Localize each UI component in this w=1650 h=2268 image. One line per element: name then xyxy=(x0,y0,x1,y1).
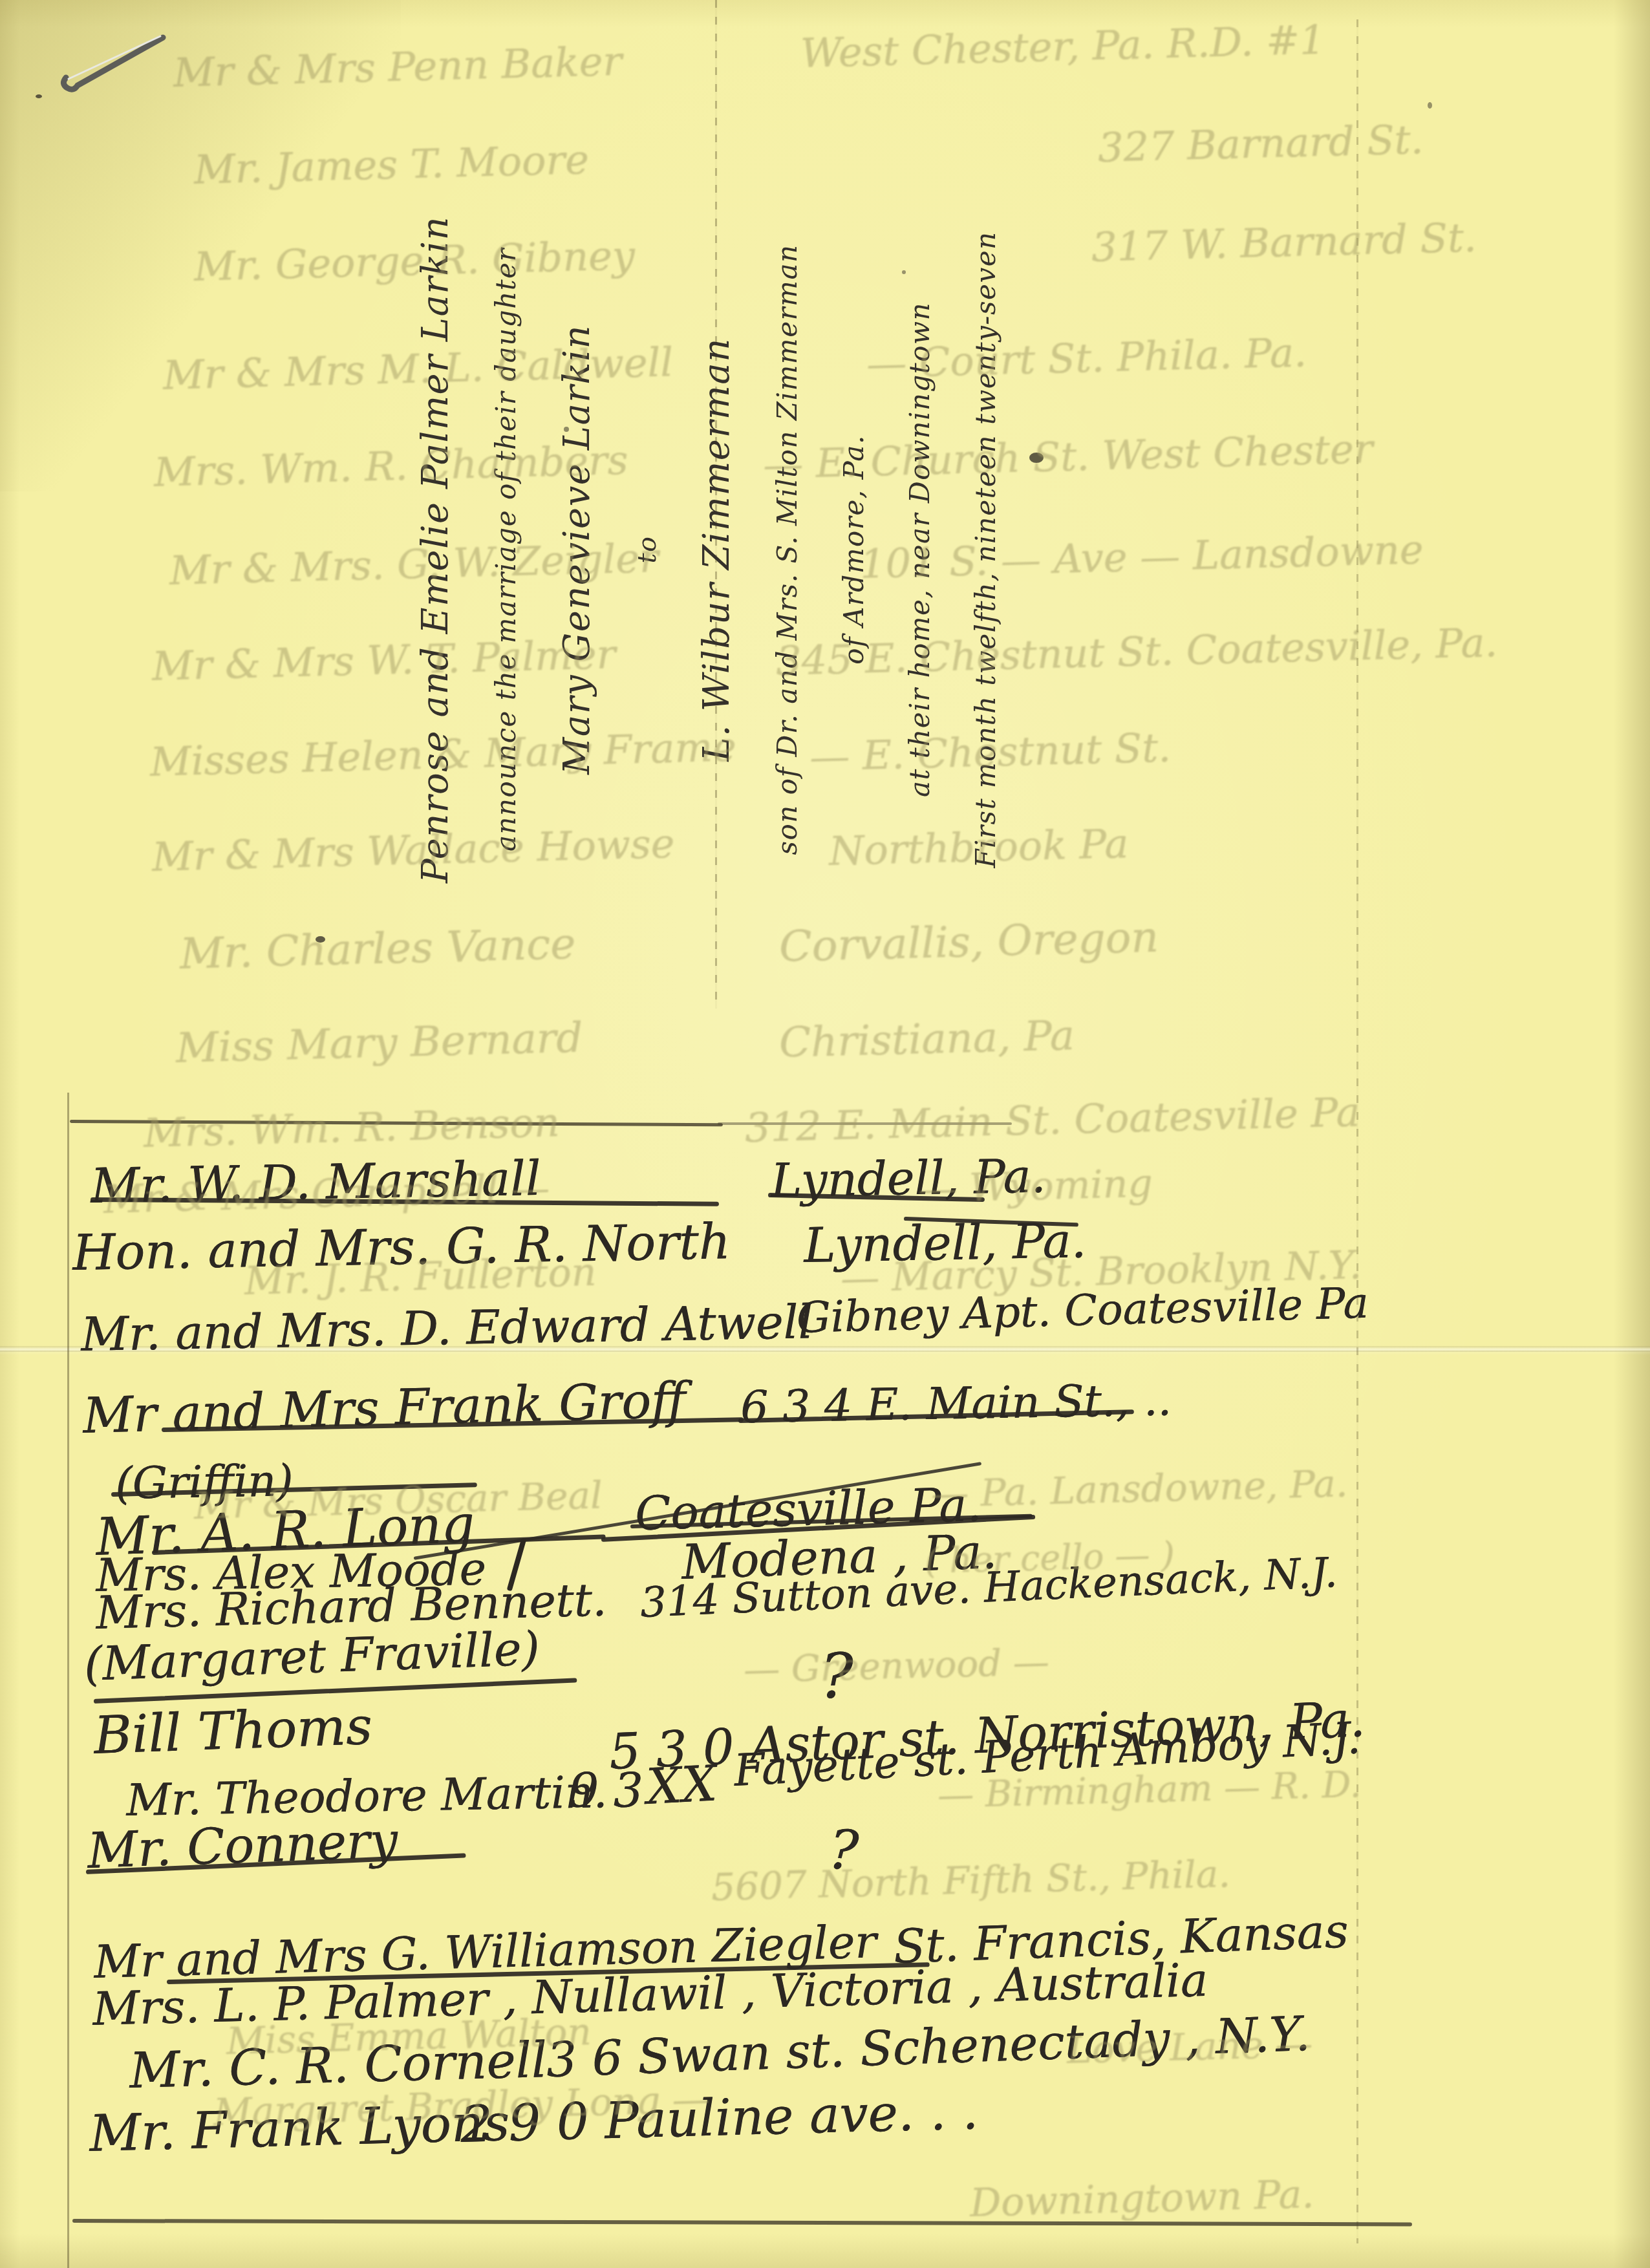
announcement-line: L. Wilbur Zimmerman xyxy=(699,337,735,762)
announcement-line: son of Dr. and Mrs. S. Milton Zimmerman xyxy=(774,244,801,855)
bleed-through-text: Mr & Mrs Campbell — xyxy=(103,1169,550,1219)
crossed-out-digits: XX xyxy=(645,1759,718,1812)
bleed-through-text: Corvallis, Oregon xyxy=(778,916,1159,968)
bleed-through-text: Mr. James T. Moore xyxy=(193,140,589,190)
staple-pin xyxy=(26,19,194,110)
bleed-through-text: Mr. George R. Gibney xyxy=(193,235,635,287)
bleed-through-text: — Birmingham — R. D. xyxy=(937,1767,1361,1814)
bleed-through-text: 327 Barnard St. xyxy=(1097,120,1424,168)
paper-left-edge xyxy=(67,1093,69,2268)
bleed-through-text: Mrs. Wm. R. Chambers xyxy=(153,440,628,493)
bleed-through-text: 5607 North Fifth St., Phila. xyxy=(711,1855,1230,1906)
bleed-through-text: — E. Chestnut St. xyxy=(809,727,1171,777)
bleed-through-text: Love Lane — xyxy=(1066,2025,1313,2069)
bleed-through-text: 317 W. Barnard St. xyxy=(1091,217,1477,268)
bleed-through-text: Mr & Mrs W. T. Palmer xyxy=(151,634,616,687)
ink-speck xyxy=(36,94,42,98)
guest-address: 6 3 4 E. Main St., .. xyxy=(740,1378,1172,1430)
bleed-through-text: — Wyoming xyxy=(917,1164,1153,1209)
guest-house-number: 9 3 xyxy=(569,1768,643,1814)
scanned-document-page: { "colors": { "paper": "#f5f0a4", "ink":… xyxy=(0,0,1650,2268)
bleed-through-text: — Pa. Lansdowne, Pa. xyxy=(930,1464,1348,1513)
bleed-through-text: 312 E. Main St. Coatesville Pa xyxy=(744,1092,1360,1148)
bleed-through-text: 101 S. — Ave — Lansdowne xyxy=(859,530,1424,584)
ink-speck xyxy=(1428,102,1432,109)
guest-name: (Margaret Fraville) xyxy=(83,1625,541,1687)
bleed-through-text: Miss Mary Bernard xyxy=(175,1018,583,1069)
bleed-through-text: — Court St. Phila. Pa. xyxy=(866,332,1307,384)
bleed-through-text: Mr & Mrs Wallace Howse xyxy=(151,824,675,877)
bleed-through-text: Mr & Mrs. G. W. Zeigler xyxy=(169,538,659,591)
bleed-through-text: Mr. Charles Vance xyxy=(179,923,576,976)
bleed-through-text: Miss Emma Walton xyxy=(226,2013,592,2060)
bleed-through-text: Mr & Mrs Oscar Beal xyxy=(193,1476,603,1524)
bleed-through-text: Mr. J. R. Fullerton xyxy=(244,1253,597,1301)
bleed-through-text: West Chester, Pa. R.D. #1 xyxy=(800,20,1325,74)
guest-name: Bill Thoms xyxy=(93,1700,373,1762)
bleed-through-text: Mrs. Wm. R. Benson xyxy=(143,1102,560,1153)
bleed-through-text: Northbrook Pa xyxy=(828,824,1129,872)
bleed-through-text: Christiana, Pa xyxy=(778,1015,1075,1064)
bleed-through-text: — Greenwood — xyxy=(743,1645,1049,1689)
bleed-through-text: Mr & Mrs Penn Baker xyxy=(173,41,622,93)
bleed-through-text: Downingtown Pa. xyxy=(969,2175,1314,2223)
fold-line-bottom xyxy=(72,2219,1412,2226)
guest-name: Mr. and Mrs. D. Edward Atwell xyxy=(80,1298,813,1358)
bleed-through-text: ( her cello — ) xyxy=(924,1537,1175,1579)
